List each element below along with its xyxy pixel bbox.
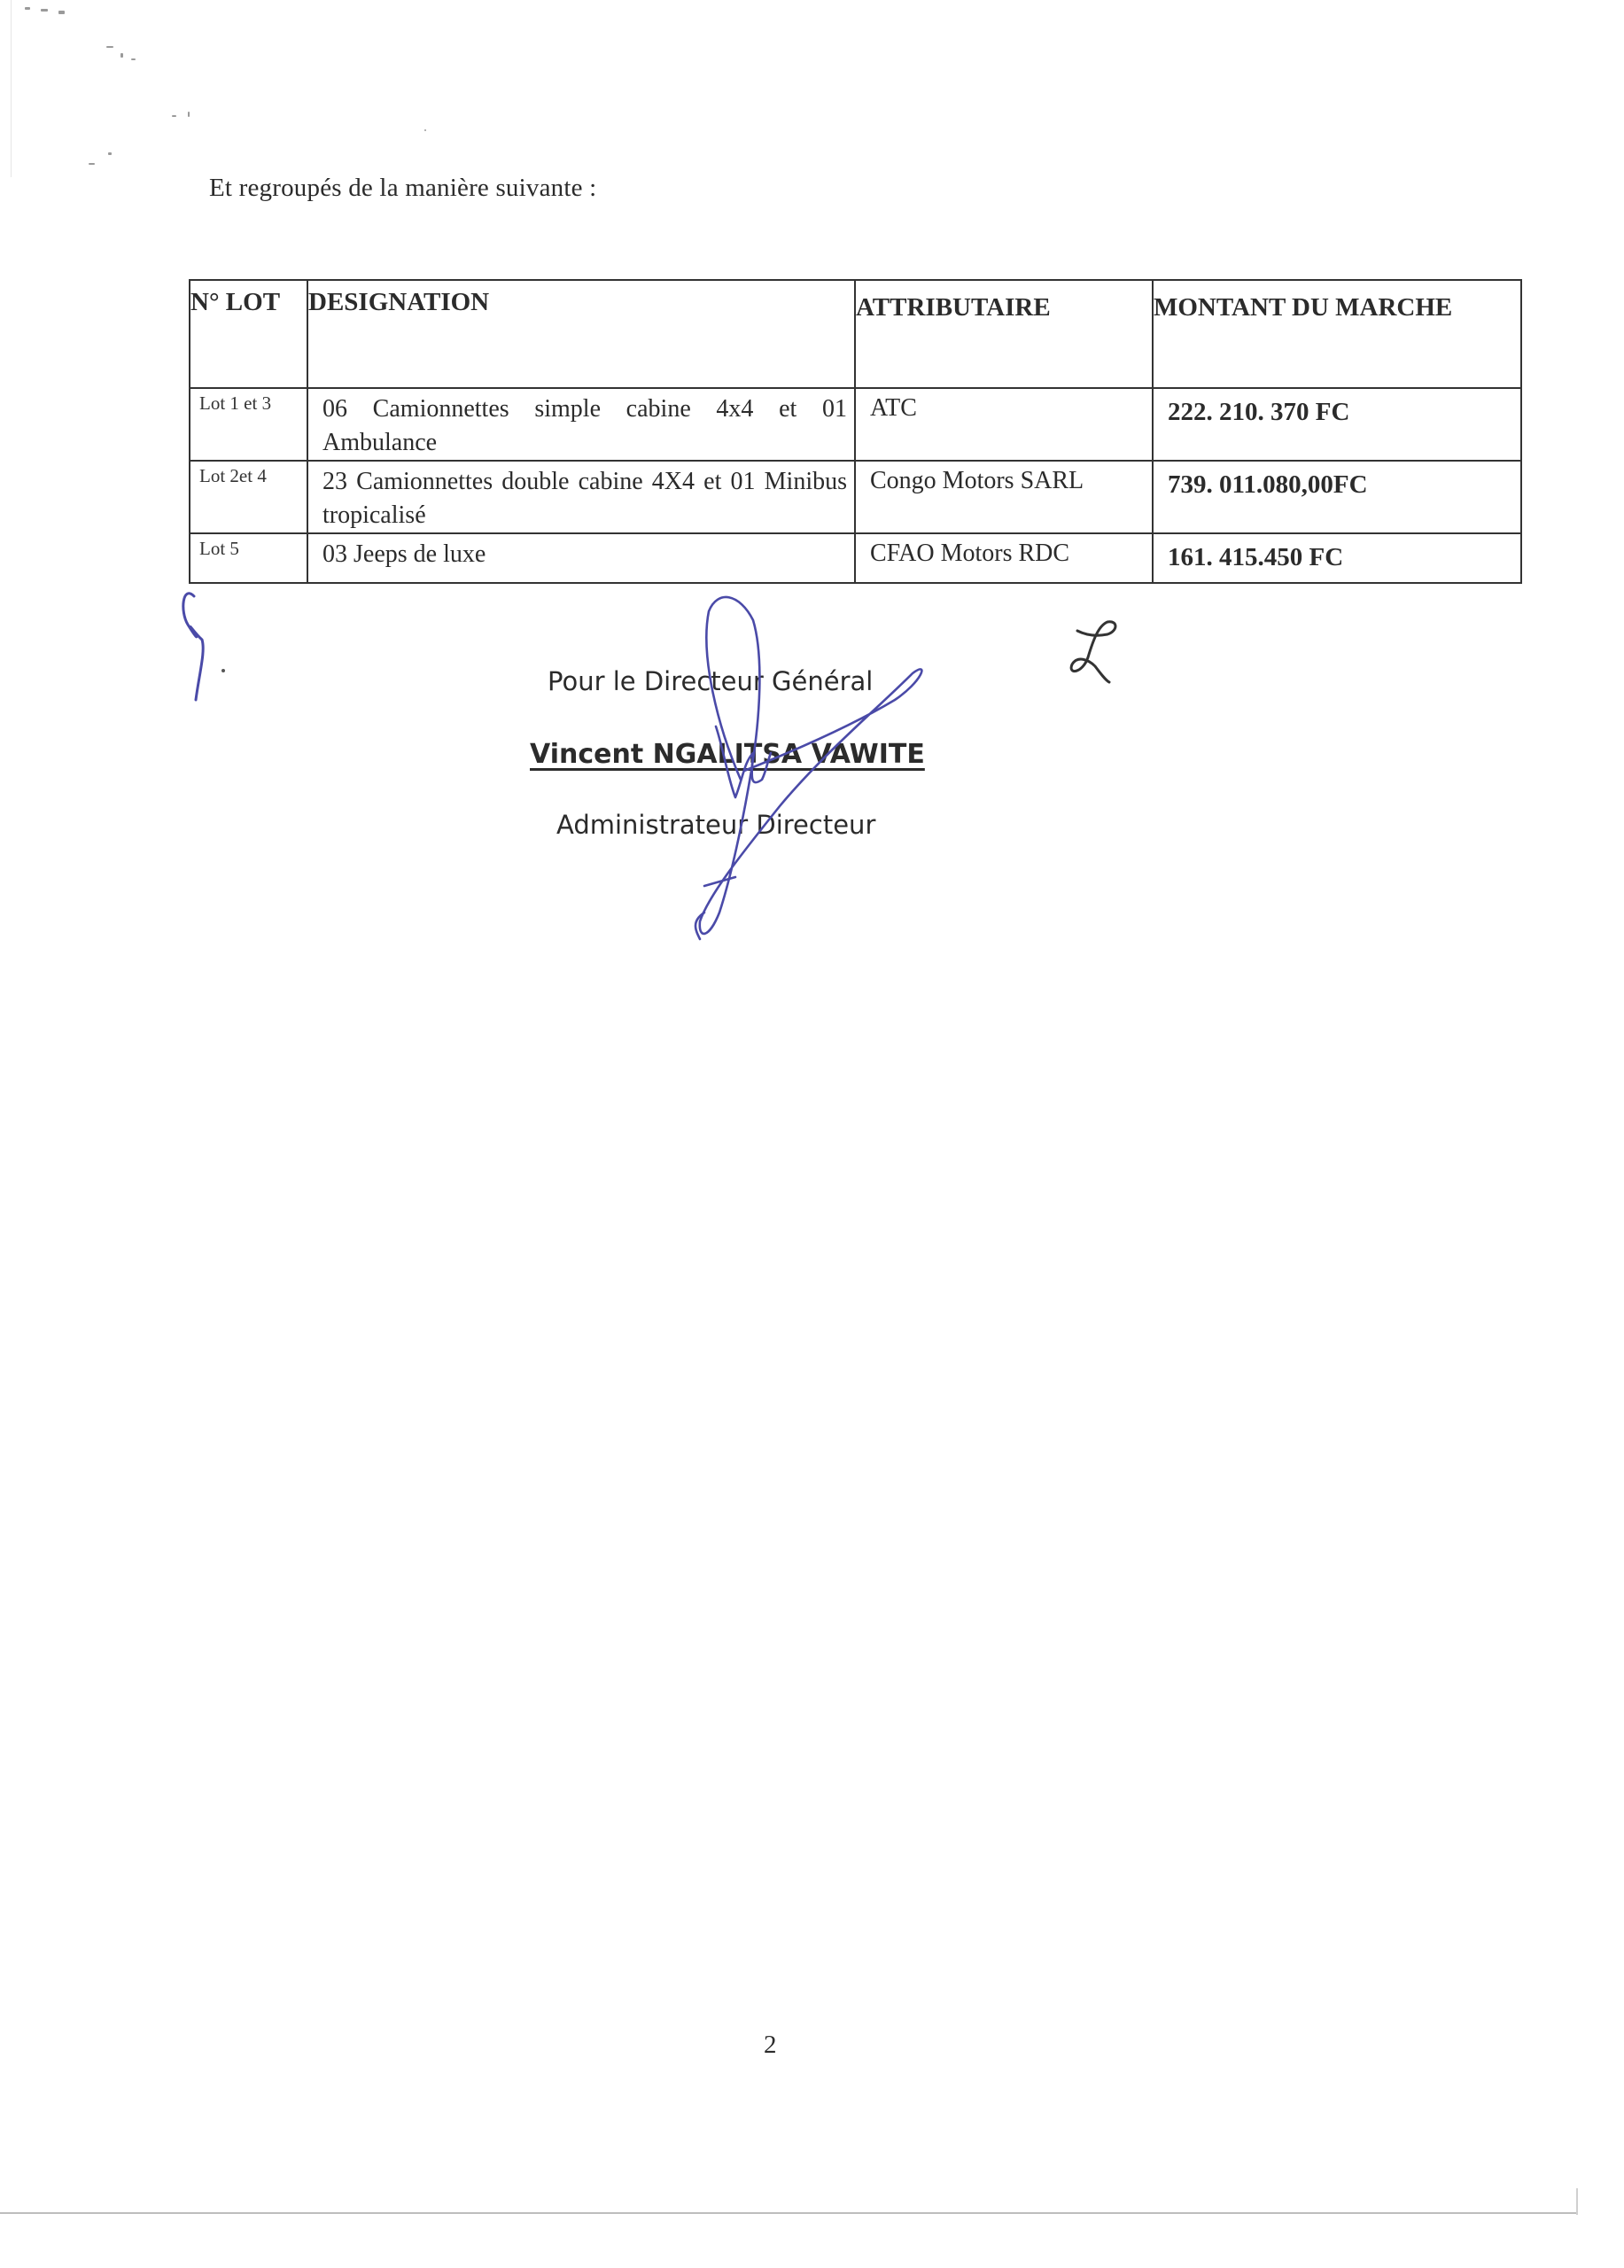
header-montant: MONTANT DU MARCHE: [1153, 280, 1521, 388]
signatory-name: Vincent NGALITSA VAWITE: [530, 739, 925, 770]
scan-speck: [120, 53, 123, 58]
lots-table: N° LOT DESIGNATION ATTRIBUTAIRE MONTANT …: [189, 279, 1522, 584]
cell-montant: 222. 210. 370 FC: [1153, 388, 1521, 461]
table-row: Lot 5 03 Jeeps de luxe CFAO Motors RDC 1…: [190, 533, 1521, 583]
signature-on-behalf: Pour le Directeur Général: [548, 666, 873, 696]
cell-attributaire: ATC: [855, 388, 1153, 461]
scan-speck: [58, 11, 65, 14]
scan-edge: [11, 0, 12, 177]
ink-dot: [221, 669, 225, 672]
table-row: Lot 2et 4 23 Camionnettes double cabine …: [190, 461, 1521, 533]
intro-text: Et regroupés de la manière suivante :: [209, 174, 596, 203]
cell-designation: 03 Jeeps de luxe: [307, 533, 855, 583]
page-edge-rule: [0, 2212, 1577, 2214]
scan-speck: [89, 163, 95, 165]
scan-speck: [108, 152, 112, 155]
cell-attributaire: Congo Motors SARL: [855, 461, 1153, 533]
cell-montant: 739. 011.080,00FC: [1153, 461, 1521, 533]
scan-speck: [25, 7, 30, 10]
cell-lot: Lot 2et 4: [190, 461, 307, 533]
scan-speck: [131, 58, 136, 60]
cell-designation: 06 Camionnettes simple cabine 4x4 et 01 …: [307, 388, 855, 461]
page-edge-corner: [1576, 2188, 1578, 2215]
page-number: 2: [764, 2031, 777, 2060]
signatory-title: Administrateur Directeur: [556, 810, 875, 840]
cell-montant: 161. 415.450 FC: [1153, 533, 1521, 583]
table-row: Lot 1 et 3 06 Camionnettes simple cabine…: [190, 388, 1521, 461]
scan-speck: [424, 129, 426, 131]
scan-speck: [41, 9, 48, 12]
header-designation: DESIGNATION: [307, 280, 855, 388]
scan-speck: [188, 112, 190, 117]
header-attributaire: ATTRIBUTAIRE: [855, 280, 1153, 388]
table-header-row: N° LOT DESIGNATION ATTRIBUTAIRE MONTANT …: [190, 280, 1521, 388]
header-lot: N° LOT: [190, 280, 307, 388]
scan-speck: [106, 46, 113, 48]
cell-designation: 23 Camionnettes double cabine 4X4 et 01 …: [307, 461, 855, 533]
document-page: Et regroupés de la manière suivante : N°…: [0, 0, 1624, 2268]
initials-left-icon: [183, 594, 203, 700]
cell-lot: Lot 1 et 3: [190, 388, 307, 461]
scan-speck: [172, 115, 176, 117]
cell-lot: Lot 5: [190, 533, 307, 583]
cell-attributaire: CFAO Motors RDC: [855, 533, 1153, 583]
paraph-right-icon: [1071, 622, 1115, 682]
